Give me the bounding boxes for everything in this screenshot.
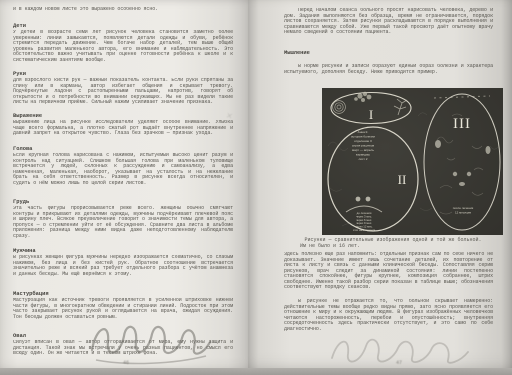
svg-text:серия рисунков: серия рисунков (352, 144, 375, 148)
section-heading-head: Голова (13, 146, 233, 152)
handwriting-overlay-right (326, 330, 476, 370)
handwriting-stroke (332, 340, 468, 363)
svg-text:после лечения: после лечения (453, 206, 474, 210)
roman-numeral-three: III (453, 116, 471, 132)
section-heading-chest: Грудь (13, 199, 233, 205)
section-body-children: У детей в возрасте семи лет рисунок чело… (13, 30, 233, 63)
intro-paragraph: Перед началом сеанса больного просят нар… (284, 8, 493, 36)
roman-numeral-one: I (369, 107, 373, 122)
body-paragraph-1: Здесь полезно ещё раз напомнить: отдельн… (284, 252, 493, 290)
svg-text:итог наблюдения: итог наблюдения (353, 228, 376, 232)
section-body-chest: Эта часть фигуры прорисовывается реже вс… (13, 206, 233, 239)
continuation-line: и в каждом новом листе это выражено особ… (13, 7, 233, 13)
plate-background (322, 88, 503, 235)
figure-caption-line2: Им не было и 16 лет. (300, 244, 390, 250)
scan-edge-shadow (0, 368, 512, 375)
left-page: и в каждом новом листе это выражено особ… (0, 0, 248, 375)
section-heading-children: Дети (13, 23, 233, 29)
section-heading-thinking: Мышление (284, 50, 493, 56)
svg-text:март — апрель: март — апрель (352, 148, 374, 152)
svg-text:Анна К.: Анна К. (358, 130, 369, 134)
handwriting-flourish (96, 356, 206, 363)
body-paragraph-2: В рисунке не отражается то, что больной … (284, 299, 493, 332)
handwriting-overlay-left (86, 314, 216, 366)
section-heading-hands: Руки (13, 71, 233, 77)
section-body-hands: Для взрослого кисти рук — важный показат… (13, 78, 233, 106)
svg-text:12 месяцев: 12 месяцев (455, 211, 471, 215)
svg-text:карандаш: карандаш (356, 153, 371, 157)
svg-text:лист 2: лист 2 (358, 157, 367, 161)
section-body-head: Если крупная голова нарисована с нажимом… (13, 153, 233, 186)
scanned-book-spread: и в каждом новом листе это выражено особ… (0, 0, 512, 375)
section-heading-expression: Выражение (13, 113, 233, 119)
section-heading-man: Мужчина (13, 248, 233, 254)
section-body-thinking: В норме рисунки и записи образуют единый… (284, 64, 493, 76)
svg-text:история болезни: история болезни (351, 135, 375, 139)
svg-text:отделение II: отделение II (354, 139, 372, 143)
handwriting-stroke (92, 327, 210, 354)
section-body-expression: Выражению лица на рисунке исследователи … (13, 120, 233, 137)
section-heading-masturbation: Мастурбация (13, 291, 233, 297)
figure-plate: I Анна К. история болезни отделение II с… (322, 88, 503, 235)
roman-numeral-two: II (398, 172, 407, 187)
figure-bottom-right-text: после лечения 12 месяцев (453, 206, 474, 215)
section-body-man: В рисунках женщин фигура мужчины нередко… (13, 255, 233, 278)
